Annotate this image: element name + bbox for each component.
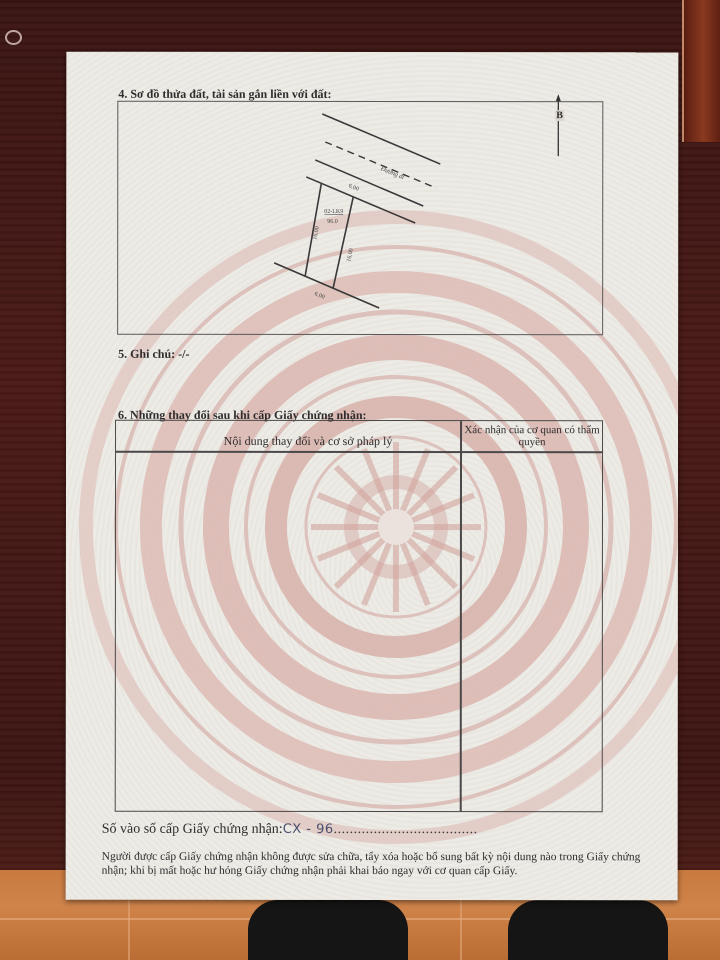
parcel-bottom-edge-length: 6.00: [313, 291, 325, 301]
column-header-confirmation: Xác nhận của cơ quan có thẩm quyền: [462, 424, 602, 448]
parcel-diagram: Đường đi 6.00 02-LK9 96.0 16.00 16.00 6.…: [118, 102, 602, 334]
parcel-rear-boundary: [274, 263, 379, 308]
header-divider: [116, 451, 602, 453]
parcel-right-edge-length: 16.00: [346, 248, 355, 262]
certificate-notice: Người được cấp Giấy chứng nhận không đượ…: [102, 850, 662, 878]
north-arrow-icon: [553, 94, 563, 158]
wooden-frame-edge: [682, 0, 720, 142]
north-label: B: [555, 110, 564, 121]
register-value: CX - 96: [283, 822, 334, 837]
parcel-front-boundary: [306, 177, 415, 223]
land-certificate-page: 4. Sơ đồ thửa đất, tài sản gắn liền với …: [66, 52, 679, 901]
register-number-line: Số vào sổ cấp Giấy chứng nhận:CX - 96...…: [102, 822, 478, 838]
section-5-notes: 5. Ghi chú: -/-: [118, 347, 189, 362]
road-edge-line: [315, 160, 423, 206]
column-divider: [460, 421, 462, 811]
table-stain-mark: [5, 30, 22, 45]
column-header-changes: Nội dung thay đổi và cơ sở pháp lý: [116, 434, 460, 449]
parcel-id: 02-LK9: [324, 209, 343, 215]
register-label: Số vào sổ cấp Giấy chứng nhận:: [102, 822, 283, 837]
parcel-diagram-frame: Đường đi 6.00 02-LK9 96.0 16.00 16.00 6.…: [117, 101, 603, 335]
photographer-leg: [248, 900, 408, 960]
changes-table: Nội dung thay đổi và cơ sở pháp lý Xác n…: [115, 420, 603, 812]
parcel-top-edge-length: 6.00: [348, 183, 360, 193]
photographer-leg: [508, 900, 668, 960]
register-dots: ....................................: [334, 822, 478, 837]
section-4-heading: 4. Sơ đồ thửa đất, tài sản gắn liền với …: [118, 87, 331, 102]
road-label: Đường đi: [379, 165, 406, 181]
road-edge-line: [322, 114, 440, 164]
parcel-area: 96.0: [327, 219, 338, 225]
road-centerline: [325, 142, 436, 188]
